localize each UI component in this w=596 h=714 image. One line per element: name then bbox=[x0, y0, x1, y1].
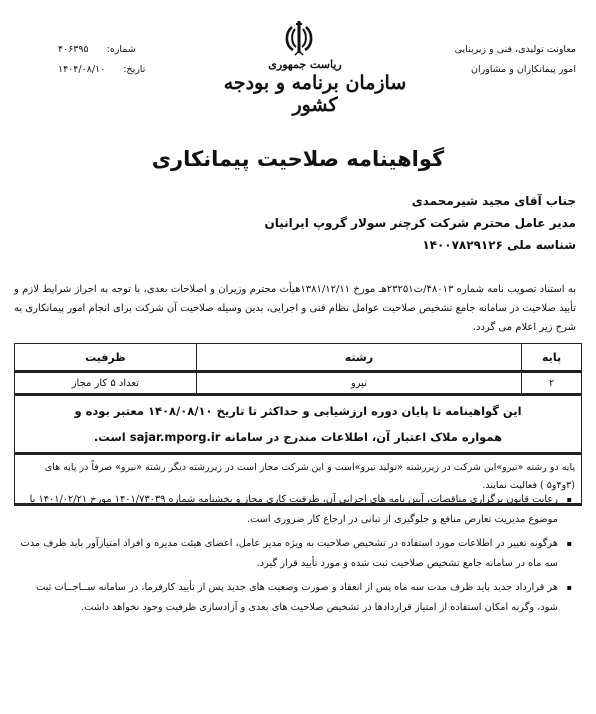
column-header-capacity: ظرفیت bbox=[15, 344, 197, 372]
condition-item: هرگونه تغییر در اطلاعات مورد استفاده در … bbox=[16, 534, 558, 574]
cell-field: نیرو bbox=[196, 372, 521, 395]
letter-date-label: تاریخ: bbox=[123, 60, 145, 80]
validity-row: این گواهینامه تا پایان دوره ارزشیابی و ح… bbox=[15, 395, 582, 454]
qualification-table: پایه رشته ظرفیت ۲ نیرو تعداد ۵ کار مجاز … bbox=[14, 343, 582, 506]
conditions-list: رعایت قانون برگزاری مناقصات، آیین نامه ه… bbox=[16, 490, 572, 622]
condition-item: رعایت قانون برگزاری مناقصات، آیین نامه ه… bbox=[16, 490, 558, 530]
column-header-grade: پایه bbox=[522, 344, 582, 372]
iran-emblem-icon bbox=[279, 17, 319, 57]
letter-number-row: شماره: ۴۰۶۳۹۵ bbox=[58, 40, 145, 60]
table-header-row: پایه رشته ظرفیت bbox=[15, 344, 582, 372]
column-header-field: رشته bbox=[196, 344, 521, 372]
organization-name: سازمان برنامه و بودجه کشور bbox=[200, 72, 430, 116]
intro-paragraph: به استناد تصویب نامه شماره ۴۸۰۱۳/ت۲۳۲۵۱ه… bbox=[14, 280, 576, 337]
letter-number-label: شماره: bbox=[107, 40, 136, 60]
letter-date-value: ۱۴۰۴/۰۸/۱۰ bbox=[58, 60, 105, 80]
department-block: معاونت تولیدی، فنی و زیربنایی امور پیمان… bbox=[455, 40, 576, 80]
letter-date-row: تاریخ: ۱۴۰۴/۰۸/۱۰ bbox=[58, 60, 145, 80]
office-name: امور پیمانکاران و مشاوران bbox=[455, 60, 576, 80]
condition-item: هر قرارداد جدید باید ظرف مدت سه ماه پس ا… bbox=[16, 578, 558, 618]
addressee-name: جناب آقای مجید شیرمحمدی bbox=[264, 190, 576, 212]
certificate-title: گواهینامه صلاحیت پیمانکاری bbox=[0, 147, 596, 171]
presidency-label: ریاست جمهوری bbox=[245, 58, 365, 71]
validity-line-1: این گواهینامه تا پایان دوره ارزشیابی و ح… bbox=[15, 398, 581, 424]
validity-line-2: همواره ملاک اعتبار آن، اطلاعات مندرج در … bbox=[15, 424, 581, 450]
deputy-name: معاونت تولیدی، فنی و زیربنایی bbox=[455, 40, 576, 60]
national-id: شناسه ملی ۱۴۰۰۷۸۲۹۱۲۶ bbox=[264, 234, 576, 256]
letter-number-value: ۴۰۶۳۹۵ bbox=[58, 40, 89, 60]
letter-meta: شماره: ۴۰۶۳۹۵ تاریخ: ۱۴۰۴/۰۸/۱۰ bbox=[58, 40, 145, 80]
validity-statement: این گواهینامه تا پایان دوره ارزشیابی و ح… bbox=[15, 395, 582, 454]
cell-grade: ۲ bbox=[522, 372, 582, 395]
addressee-position: مدیر عامل محترم شرکت کرچنر سولار گروپ ای… bbox=[264, 212, 576, 234]
table-row: ۲ نیرو تعداد ۵ کار مجاز bbox=[15, 372, 582, 395]
cell-capacity: تعداد ۵ کار مجاز bbox=[15, 372, 197, 395]
addressee-block: جناب آقای مجید شیرمحمدی مدیر عامل محترم … bbox=[264, 190, 576, 256]
